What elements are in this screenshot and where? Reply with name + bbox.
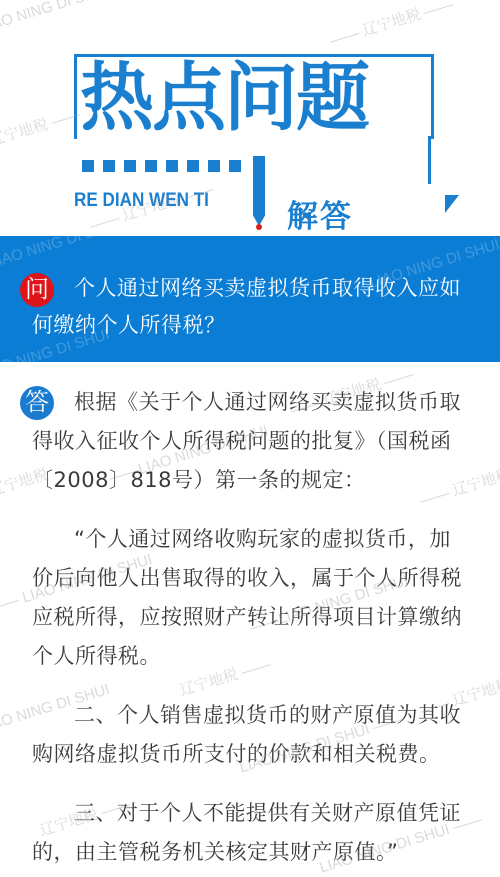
logo-tagline: 解答 (287, 191, 353, 236)
pen-icon (253, 156, 265, 226)
answer-paragraph: 三、对于个人不能提供有关财产原值凭证的，由主管税务机关核定其财产原值。” (32, 794, 472, 872)
answer-paragraph: 二、个人销售虚拟货币的财产原值为其收购网络虚拟货币所支付的价款和相关税费。 (32, 696, 472, 774)
watermark: LIAO NING DI SHUI (0, 0, 112, 37)
watermark: —— 辽宁地税 —— (327, 0, 456, 51)
logo-frame-edge (428, 136, 431, 184)
answer-body: 根据《关于个人通过网络买卖虚拟货币取得收入征收个人所得税问题的批复》（国税函〔2… (32, 383, 472, 872)
logo-pinyin: RE DIAN WEN TI (74, 190, 209, 212)
answer-paragraph: “个人通过网络收购玩家的虚拟货币，加价后向他人出售取得的收入，属于个人所得税应税… (32, 520, 472, 676)
logo-title: 热点问题 (80, 56, 368, 140)
triangle-decoration (445, 195, 459, 213)
answer-paragraph: 根据《关于个人通过网络买卖虚拟货币取得收入征收个人所得税问题的批复》（国税函〔2… (32, 383, 472, 500)
pen-tip-icon (256, 224, 262, 230)
watermark: 辽宁地税 —— (0, 103, 83, 151)
question-text: 个人通过网络买卖虚拟货币取得收入应如何缴纳个人所得税？ (32, 270, 472, 344)
logo-dots-decoration (82, 160, 241, 172)
hot-topic-logo: 热点问题 RE DIAN WEN TI 解答 (72, 48, 432, 198)
